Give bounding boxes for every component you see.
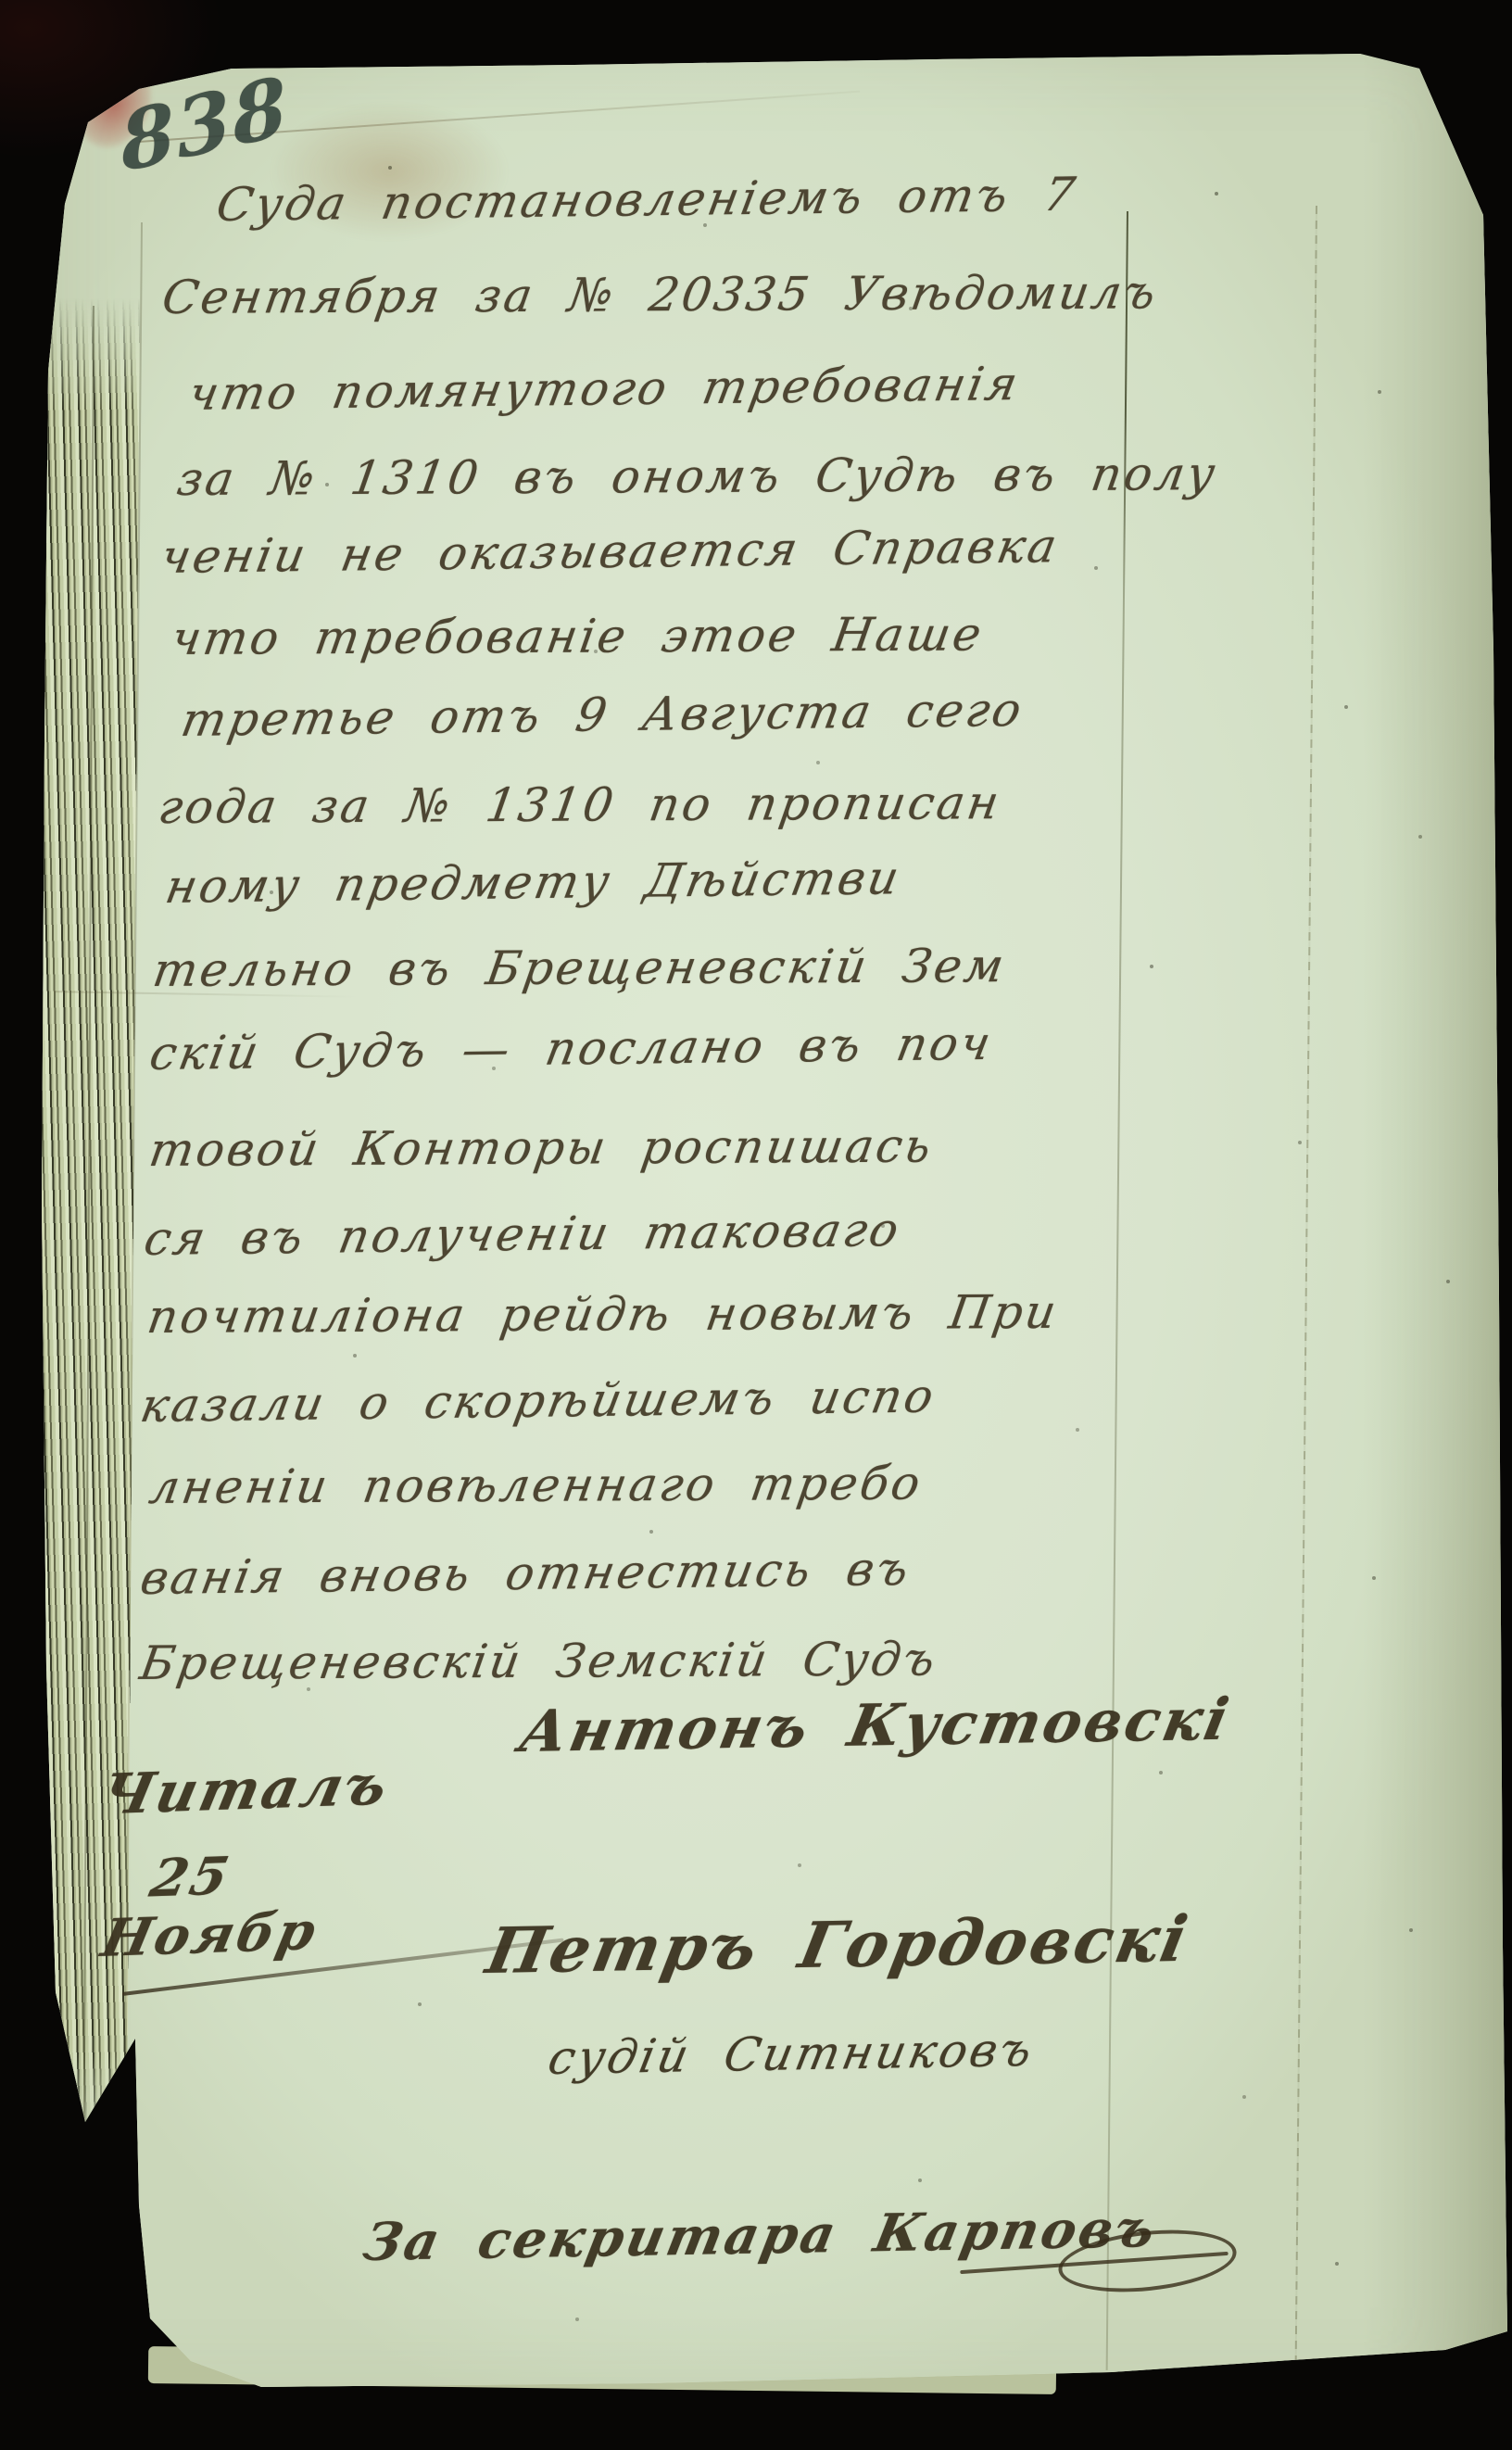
manuscript-line: скій Судъ — послано въ поч [146, 1020, 997, 1077]
folio-number: 838 [118, 66, 292, 184]
signature-secretary-karpov: За секритара Карповъ [359, 2203, 1162, 2268]
margin-note-day: 25 [146, 1850, 236, 1905]
manuscript-line: тельно въ Брещеневскій Зем [150, 942, 1009, 993]
manuscript-line: третье отъ 9 Августа сего [178, 687, 1027, 743]
manuscript-line: ся въ полученіи таковаго [141, 1206, 905, 1262]
signature-petr-gordovski: Петръ Гордовскі [482, 1908, 1194, 1983]
manuscript-line: товой Конторы роспишась [146, 1123, 937, 1173]
ruled-margin-line-right [1295, 206, 1317, 2374]
manuscript-page: 838 Суда постановленіемъ отъ 7 Сентября … [0, 0, 1512, 2450]
signature-anton-kustovski: Антонъ Кустовскі [515, 1691, 1235, 1761]
manuscript-line: почтиліона рейдѣ новымъ При [145, 1289, 1062, 1340]
ruled-margin-line-left [1106, 211, 1128, 2370]
manuscript-line: что помянутого требованія [185, 360, 1024, 417]
paper-specks [0, 0, 2, 2]
manuscript-line: Брещеневскій Земскій Судъ [137, 1636, 940, 1686]
manuscript-line: ному предмету Дѣйстви [162, 854, 905, 910]
photo-backdrop: { "folio_number": "838", "body_lines": [… [0, 0, 1512, 2450]
right-edge-shadow [1362, 56, 1510, 2354]
manuscript-line: казали о скорѣйшемъ испо [137, 1373, 939, 1429]
manuscript-line: Сентября за № 20335 Увѣдомилъ [159, 269, 1161, 321]
margin-note-read: Читалъ [96, 1758, 395, 1824]
manuscript-line: лненіи повѣленнаго требо [146, 1460, 926, 1510]
margin-note-month: Ноябр [97, 1905, 322, 1964]
manuscript-line: что требованіе этое Наше [169, 611, 987, 662]
manuscript-line: ванія вновь отнестись въ [137, 1546, 914, 1601]
signature-sitnikov: судій Ситниковъ [545, 2027, 1039, 2081]
manuscript-line: за № 1310 въ ономъ Судѣ въ полу [174, 450, 1220, 502]
manuscript-line: ченіи не оказывается Справка [157, 523, 1063, 580]
manuscript-line: года за № 1310 по прописан [156, 779, 1004, 830]
manuscript-line: Суда постановленіемъ отъ 7 [213, 171, 1081, 228]
